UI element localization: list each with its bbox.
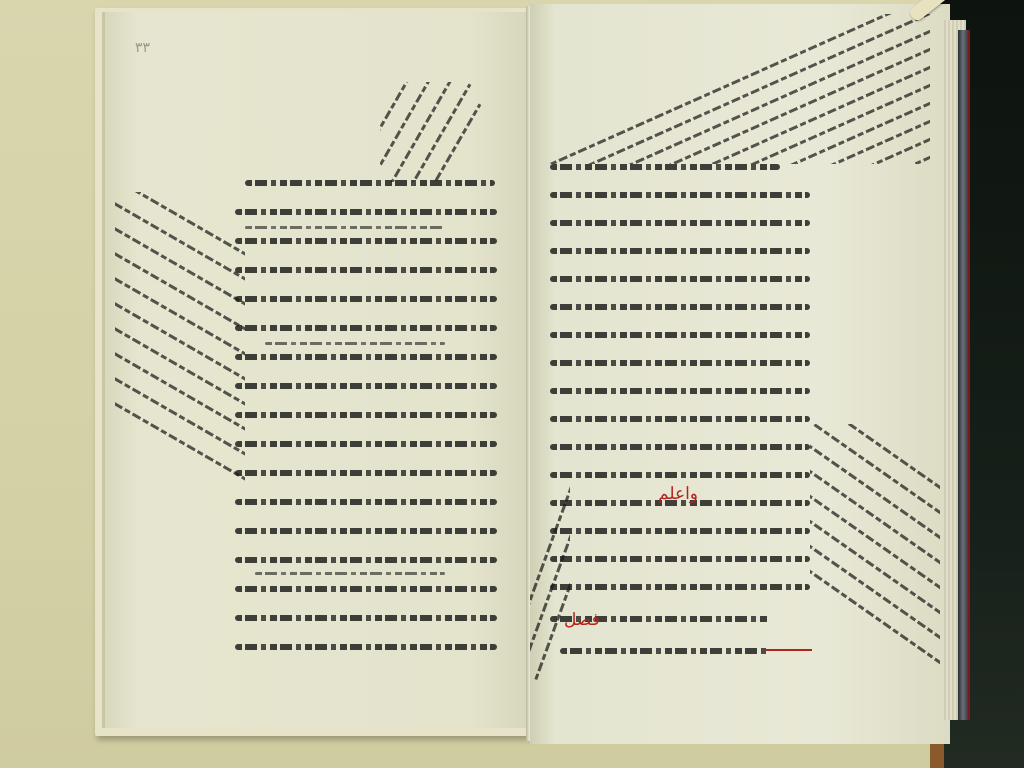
top-diagonal-gloss bbox=[530, 14, 930, 164]
left-margin-gloss bbox=[115, 192, 245, 492]
rubric-waalam: واعلم bbox=[658, 484, 698, 504]
top-gloss bbox=[380, 82, 490, 182]
right-folio: واعلم فصل bbox=[530, 4, 950, 744]
book-binding bbox=[958, 30, 970, 720]
right-margin-gloss bbox=[810, 424, 940, 724]
folio-number: ٣٣ bbox=[135, 40, 150, 56]
rubric-fasl: فصل bbox=[564, 610, 600, 630]
rubric-overline bbox=[766, 649, 812, 651]
left-folio: ٣٣ bbox=[102, 12, 533, 728]
